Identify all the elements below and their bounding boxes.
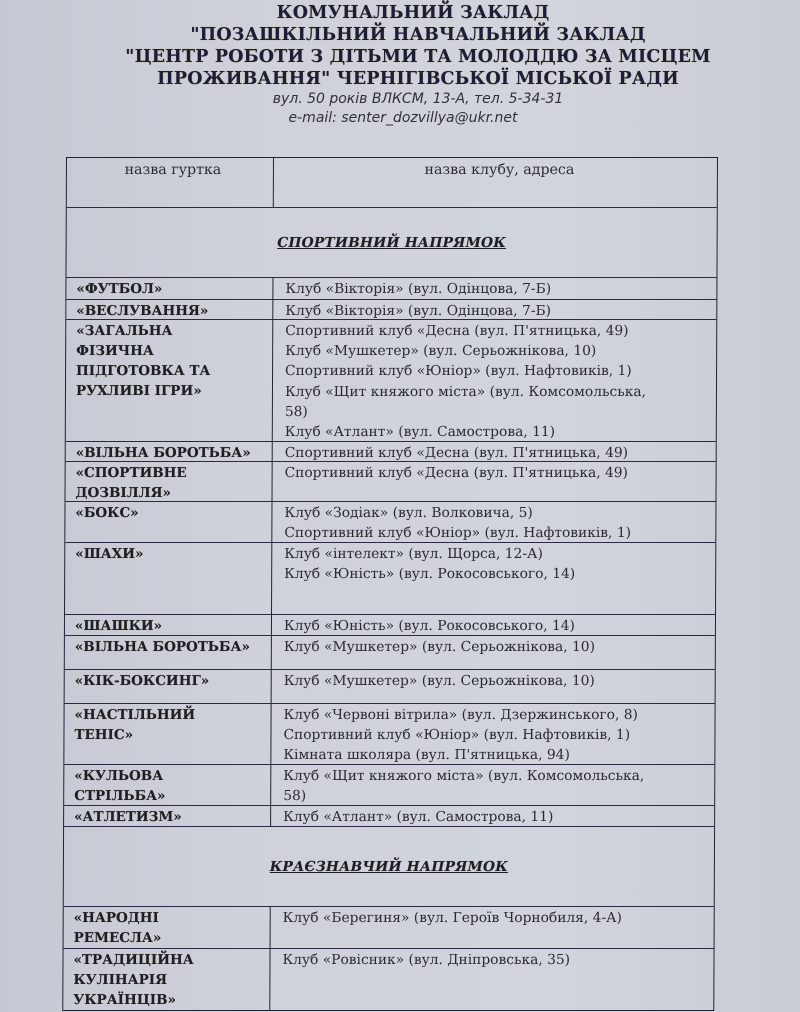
circle-name: «КУЛЬОВАСТРІЛЬБА» [64, 765, 271, 805]
club-line: Спортивний клуб «Юніор» (вул. Нафтовиків… [284, 523, 711, 543]
circle-name: «ЗАГАЛЬНАФІЗИЧНАПІДГОТОВКА ТАРУХЛИВІ ІГР… [66, 320, 274, 441]
club-line: Спортивний клуб «Юніор» (вул. Нафтовиків… [283, 725, 710, 745]
club-line: Клуб «Мушкетер» (вул. Серьожнікова, 10) [285, 341, 712, 361]
table-row: «КІК-БОКСИНГ»Клуб «Мушкетер» (вул. Серьо… [65, 670, 715, 704]
club-line: Клуб «Щит княжого міста» (вул. Комсомоль… [283, 766, 710, 786]
club-address-cell: Клуб «Зодіак» (вул. Волковича, 5)Спортив… [272, 502, 715, 542]
club-address-cell: Клуб «Щит княжого міста» (вул. Комсомоль… [271, 765, 714, 805]
club-address-cell: Спортивний клуб «Десна (вул. П'ятницька,… [273, 320, 717, 441]
club-line: Спортивний клуб «Десна (вул. П'ятницька,… [285, 463, 712, 483]
club-line: Клуб «Юність» (вул. Рокосовського, 14) [284, 564, 711, 584]
column-header-club-address: назва клубу, адреса [274, 158, 717, 207]
club-line: Клуб «Атлант» (вул. Самострова, 11) [283, 807, 710, 827]
circle-name: «АТЛЕТИЗМ» [64, 806, 271, 826]
club-address-cell: Клуб «Вікторія» (вул. Одінцова, 7-Б) [273, 300, 716, 319]
club-line: Клуб «Щит княжого міста» (вул. Комсомоль… [285, 382, 712, 402]
club-address-cell: Спортивний клуб «Десна (вул. П'ятницька,… [272, 462, 715, 501]
column-header-circle-name: назва гуртка [67, 158, 274, 207]
circle-name: «НАРОДНІРЕМЕСЛА» [64, 907, 271, 948]
header-address: вул. 50 років ВЛКСМ, 13-А, тел. 5-34-31 [0, 90, 800, 109]
table-row: «БОКС»Клуб «Зодіак» (вул. Волковича, 5)С… [65, 502, 715, 543]
club-line: Спортивний клуб «Десна (вул. П'ятницька,… [285, 443, 712, 463]
table-row: «ФУТБОЛ»Клуб «Вікторія» (вул. Одінцова, … [66, 278, 716, 300]
club-line: Спортивний клуб «Десна (вул. П'ятницька,… [285, 321, 712, 341]
table-row: «ШАХИ»Клуб «інтелект» (вул. Щорса, 12-А)… [65, 543, 715, 615]
club-line: Клуб «Берегиня» (вул. Героїв Чорнобиля, … [283, 908, 710, 928]
section-title: СПОРТИВНИЙ НАПРЯМОК [277, 235, 506, 251]
table-row: «ЗАГАЛЬНАФІЗИЧНАПІДГОТОВКА ТАРУХЛИВІ ІГР… [66, 320, 717, 442]
circle-name: «НАСТІЛЬНИЙТЕНІС» [64, 704, 271, 764]
circle-name: «ВІЛЬНА БОРОТЬБА» [66, 442, 273, 461]
club-address-cell: Клуб «Атлант» (вул. Самострова, 11) [271, 806, 714, 826]
club-address-cell: Клуб «Ровісник» (вул. Дніпровська, 35) [270, 949, 713, 1010]
header-line-3: "ЦЕНТР РОБОТИ З ДІТЬМИ ТА МОЛОДДЮ ЗА МІС… [0, 46, 800, 68]
club-address-cell: Клуб «Червоні вітрила» (вул. Дзержинсько… [271, 704, 714, 764]
club-address-cell: Клуб «Вікторія» (вул. Одінцова, 7-Б) [273, 278, 716, 299]
circle-name: «КІК-БОКСИНГ» [65, 670, 272, 703]
table-row: «НАРОДНІРЕМЕСЛА»Клуб «Берегиня» (вул. Ге… [64, 907, 714, 949]
section-row: КРАЄЗНАВЧИЙ НАПРЯМОК [64, 827, 714, 907]
header-line-2: "ПОЗАШКІЛЬНИЙ НАВЧАЛЬНИЙ ЗАКЛАД [0, 24, 800, 46]
table-row: «ВЕСЛУВАННЯ»Клуб «Вікторія» (вул. Одінцо… [66, 300, 716, 320]
club-line: 58) [285, 402, 712, 422]
club-address-cell: Клуб «Юність» (вул. Рокосовського, 14) [272, 615, 715, 635]
circle-name: «ШАХИ» [65, 543, 272, 614]
club-line: Клуб «Червоні вітрила» (вул. Дзержинсько… [284, 705, 711, 725]
circle-name: «ШАШКИ» [65, 615, 272, 635]
table-row: «СПОРТИВНЕДОЗВІЛЛЯ»Спортивний клуб «Десн… [65, 462, 715, 502]
table-row: «АТЛЕТИЗМ»Клуб «Атлант» (вул. Самострова… [64, 806, 714, 827]
table-row: «ТРАДИЦІЙНАКУЛІНАРІЯУКРАЇНЦІВ»Клуб «Рові… [63, 949, 713, 1010]
club-line: Клуб «Мушкетер» (вул. Серьожнікова, 10) [284, 671, 711, 691]
clubs-table: назва гуртка назва клубу, адреса СПОРТИВ… [62, 157, 718, 1011]
header-email: e-mail: senter_dozvillya@ukr.net [0, 109, 800, 128]
club-line: Спортивний клуб «Юніор» (вул. Нафтовиків… [285, 361, 712, 381]
circle-name: «БОКС» [65, 502, 272, 542]
club-line: Клуб «Юність» (вул. Рокосовського, 14) [284, 616, 711, 636]
header-line-1: КОМУНАЛЬНИЙ ЗАКЛАД [0, 2, 800, 24]
circle-name: «СПОРТИВНЕДОЗВІЛЛЯ» [65, 462, 272, 501]
circle-name: «ФУТБОЛ» [66, 278, 273, 299]
club-line: 58) [283, 786, 710, 806]
club-address-cell: Клуб «Берегиня» (вул. Героїв Чорнобиля, … [271, 907, 714, 948]
club-line: Клуб «Вікторія» (вул. Одінцова, 7-Б) [285, 279, 712, 299]
club-line: Кімната школяра (вул. П'ятницька, 94) [283, 745, 710, 765]
club-address-cell: Клуб «Мушкетер» (вул. Серьожнікова, 10) [272, 670, 715, 703]
club-line: Клуб «Ровісник» (вул. Дніпровська, 35) [282, 950, 709, 970]
header-line-4: ПРОЖИВАННЯ" ЧЕРНІГІВСЬКОЇ МІСЬКОЇ РАДИ [0, 68, 800, 90]
table-row: «ШАШКИ»Клуб «Юність» (вул. Рокосовського… [65, 615, 715, 636]
club-line: Клуб «Мушкетер» (вул. Серьожнікова, 10) [284, 637, 711, 657]
table-row: «КУЛЬОВАСТРІЛЬБА»Клуб «Щит княжого міста… [64, 765, 714, 806]
club-line: Клуб «Зодіак» (вул. Волковича, 5) [284, 503, 711, 523]
table-row: «ВІЛЬНА БОРОТЬБА»Клуб «Мушкетер» (вул. С… [65, 636, 715, 670]
table-row: «НАСТІЛЬНИЙТЕНІС»Клуб «Червоні вітрила» … [64, 704, 714, 765]
circle-name: «ВЕСЛУВАННЯ» [66, 300, 273, 319]
document-header: КОМУНАЛЬНИЙ ЗАКЛАД "ПОЗАШКІЛЬНИЙ НАВЧАЛЬ… [0, 2, 800, 128]
circle-name: «ТРАДИЦІЙНАКУЛІНАРІЯУКРАЇНЦІВ» [63, 949, 270, 1010]
section-row: СПОРТИВНИЙ НАПРЯМОК [66, 208, 716, 278]
section-title: КРАЄЗНАВЧИЙ НАПРЯМОК [270, 859, 508, 875]
club-address-cell: Клуб «інтелект» (вул. Щорса, 12-А)Клуб «… [272, 543, 715, 614]
club-address-cell: Спортивний клуб «Десна (вул. П'ятницька,… [273, 442, 716, 461]
club-line: Клуб «інтелект» (вул. Щорса, 12-А) [284, 544, 711, 564]
club-line: Клуб «Атлант» (вул. Самострова, 11) [285, 422, 712, 442]
table-header-row: назва гуртка назва клубу, адреса [67, 158, 717, 208]
club-line: Клуб «Вікторія» (вул. Одінцова, 7-Б) [285, 301, 712, 321]
table-row: «ВІЛЬНА БОРОТЬБА»Спортивний клуб «Десна … [66, 442, 716, 462]
circle-name: «ВІЛЬНА БОРОТЬБА» [65, 636, 272, 669]
club-address-cell: Клуб «Мушкетер» (вул. Серьожнікова, 10) [272, 636, 715, 669]
